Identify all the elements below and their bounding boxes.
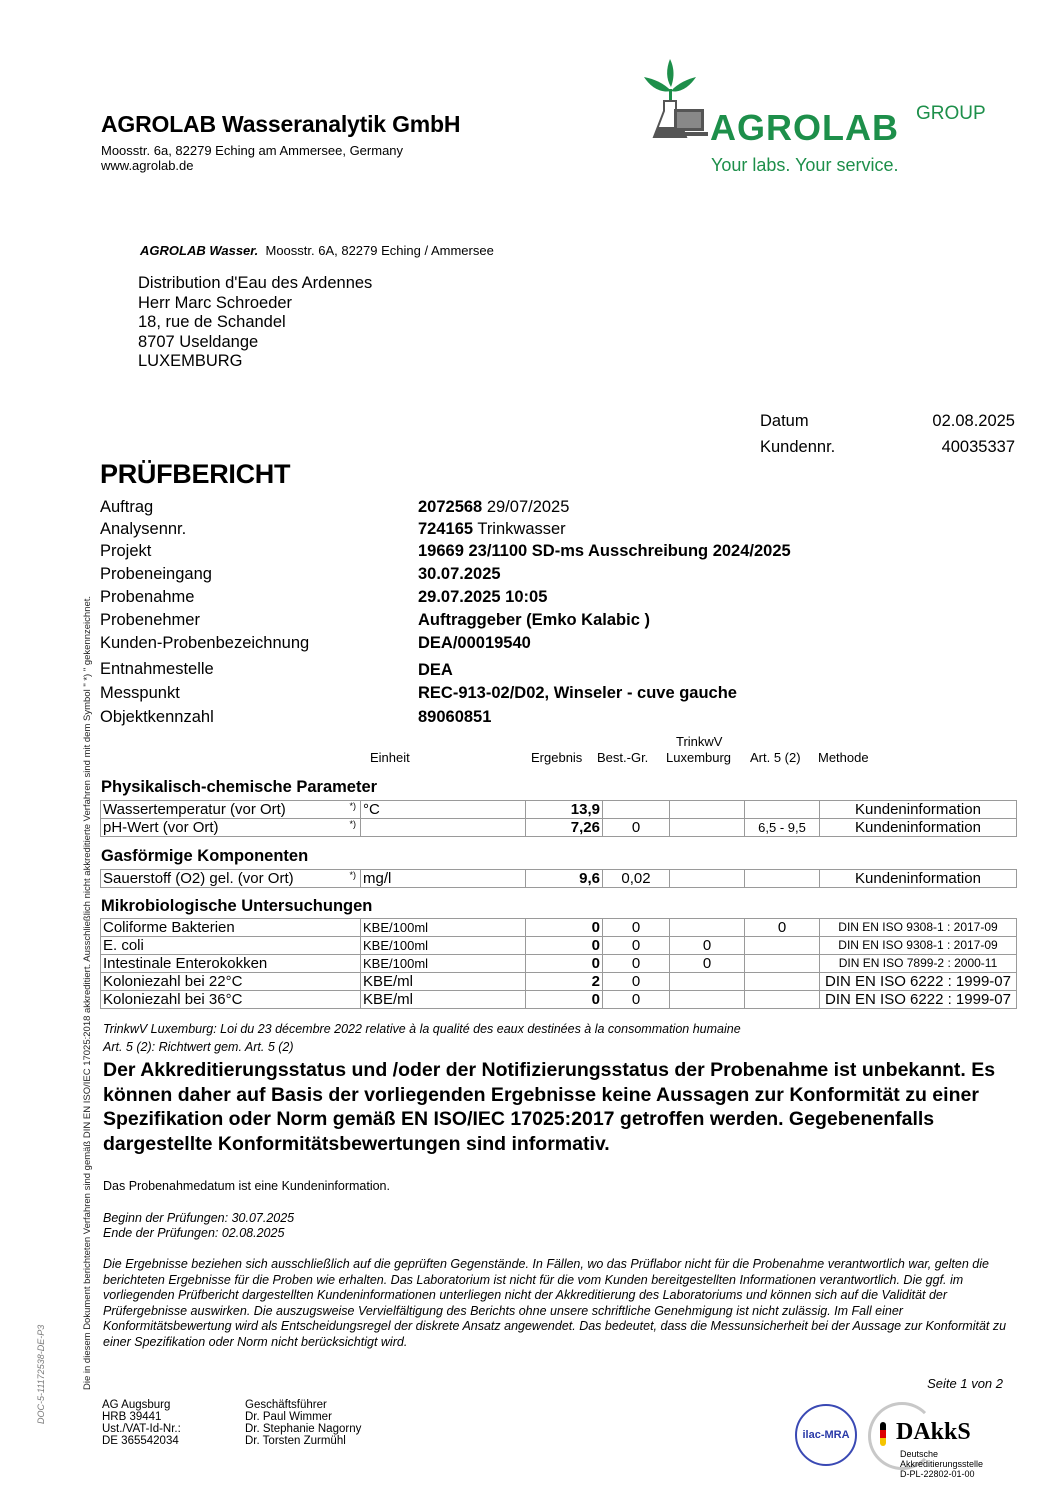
parameter-name: Koloniezahl bei 36°C: [103, 991, 242, 1008]
info-value: 19669 23/1100 SD-ms Ausschreibung 2024/2…: [418, 542, 791, 561]
unit-cell: KBE/ml: [361, 991, 526, 1009]
parameter-cell: Sauerstoff (O2) gel. (vor Ort)*): [101, 870, 361, 888]
method-cell: Kundeninformation: [820, 819, 1017, 837]
detection-limit-cell: 0: [603, 991, 670, 1009]
sampling-date-note: Das Probenahmedatum ist eine Kundeninfor…: [103, 1179, 390, 1193]
art5-guideline-cell: 0: [745, 919, 820, 937]
recipient-line: Distribution d'Eau des Ardennes: [138, 274, 372, 294]
recipient-line: Herr Marc Schroeder: [138, 294, 372, 314]
results-table-gases: Sauerstoff (O2) gel. (vor Ort)*)mg/l9,60…: [100, 869, 1017, 888]
info-label: Entnahmestelle: [100, 660, 214, 679]
unit-cell: °C: [361, 801, 526, 819]
trinkwv-limit-cell: [670, 801, 745, 819]
detection-limit-cell: 0: [603, 819, 670, 837]
table-row: E. coliKBE/100ml000DIN EN ISO 9308-1 : 2…: [101, 937, 1017, 955]
result-cell: 9,6: [526, 870, 603, 888]
result-cell: 0: [526, 919, 603, 937]
test-end: Ende der Prüfungen: 02.08.2025: [103, 1226, 294, 1241]
info-value: DEA: [418, 661, 453, 680]
method-cell: Kundeninformation: [820, 870, 1017, 888]
footer-line: DE 365542034: [102, 1435, 181, 1447]
table-row: pH-Wert (vor Ort)*)7,2606,5 - 9,5Kundeni…: [101, 819, 1017, 837]
table-row: Intestinale EnterokokkenKBE/100ml000DIN …: [101, 955, 1017, 973]
recipient-line: 18, rue de Schandel: [138, 313, 372, 333]
unit-cell: mg/l: [361, 870, 526, 888]
unit-cell: [361, 819, 526, 837]
detection-limit-cell: 0,02: [603, 870, 670, 888]
parameter-name: Wassertemperatur (vor Ort): [103, 801, 286, 818]
result-cell: 7,26: [526, 819, 603, 837]
footnote-art5: Art. 5 (2): Richtwert gem. Art. 5 (2): [103, 1040, 294, 1054]
section-heading: Gasförmige Komponenten: [101, 847, 308, 866]
info-label: Probeneingang: [100, 565, 212, 584]
parameter-name: E. coli: [103, 937, 144, 954]
parameter-cell: Coliforme Bakterien: [101, 919, 361, 937]
trinkwv-limit-cell: [670, 973, 745, 991]
logo-tagline: Your labs. Your service.: [711, 155, 898, 176]
result-cell: 0: [526, 937, 603, 955]
footer-line: Dr. Paul Wimmer: [245, 1411, 361, 1423]
document-id: DOC-5-11172538-DE-P3: [36, 1325, 46, 1424]
dakks-line: Akkreditierungsstelle: [900, 1459, 983, 1469]
date-label: Datum: [760, 412, 809, 431]
info-value-bold: 724165: [418, 520, 473, 538]
parameter-name: Intestinale Enterokokken: [103, 955, 267, 972]
method-cell: DIN EN ISO 7899-2 : 2000-11: [820, 955, 1017, 973]
accreditation-side-note: Die in diesem Dokument berichteten Verfa…: [82, 596, 93, 1390]
info-label: Messpunkt: [100, 684, 180, 703]
info-value: DEA/00019540: [418, 634, 531, 653]
parameter-name: Koloniezahl bei 22°C: [103, 973, 242, 990]
trinkwv-limit-cell: [670, 919, 745, 937]
agrolab-logo: AGROLAB GROUP Your labs. Your service.: [640, 57, 1020, 182]
results-table-microbio: Coliforme BakterienKBE/100ml000DIN EN IS…: [100, 918, 1017, 1009]
table-row: Coliforme BakterienKBE/100ml000DIN EN IS…: [101, 919, 1017, 937]
result-cell: 0: [526, 955, 603, 973]
table-row: Koloniezahl bei 36°CKBE/ml00DIN EN ISO 6…: [101, 991, 1017, 1009]
footer-line: Geschäftsführer: [245, 1399, 361, 1411]
unit-cell: KBE/100ml: [361, 919, 526, 937]
parameter-cell: Wassertemperatur (vor Ort)*): [101, 801, 361, 819]
method-cell: DIN EN ISO 6222 : 1999-07: [820, 973, 1017, 991]
info-value: REC-913-02/D02, Winseler - cuve gauche: [418, 684, 737, 703]
recipient-line: LUXEMBURG: [138, 352, 372, 372]
customer-number-value: 40035337: [942, 438, 1015, 457]
info-value-normal: 29/07/2025: [482, 498, 569, 516]
info-label: Objektkennzahl: [100, 708, 214, 727]
table-row: Koloniezahl bei 22°CKBE/ml20DIN EN ISO 6…: [101, 973, 1017, 991]
info-value: 2072568 29/07/2025: [418, 498, 569, 517]
info-value: Auftraggeber (Emko Kalabic ): [418, 611, 650, 630]
info-value: 30.07.2025: [418, 565, 501, 584]
trinkwv-limit-cell: 0: [670, 937, 745, 955]
parameter-cell: Koloniezahl bei 36°C: [101, 991, 361, 1009]
german-flag-icon: [880, 1422, 886, 1446]
trinkwv-limit-cell: [670, 991, 745, 1009]
results-table-physchem: Wassertemperatur (vor Ort)*)°C13,9Kunden…: [100, 800, 1017, 837]
footer-line: AG Augsburg: [102, 1399, 181, 1411]
company-website: www.agrolab.de: [101, 158, 403, 173]
detection-limit-cell: 0: [603, 955, 670, 973]
info-value: 724165 Trinkwasser: [418, 520, 566, 539]
art5-guideline-cell: [745, 870, 820, 888]
col-header-result: Ergebnis: [531, 750, 582, 765]
info-label: Kunden-Probenbezeichnung: [100, 634, 309, 653]
logo-wordmark: AGROLAB: [710, 107, 899, 149]
info-label: Analysennr.: [100, 520, 186, 539]
parameter-cell: pH-Wert (vor Ort)*): [101, 819, 361, 837]
footer-line: Ust./VAT-Id-Nr.:: [102, 1423, 181, 1435]
dakks-subtitle: Deutsche Akkreditierungsstelle D-PL-2280…: [900, 1449, 983, 1479]
parameter-name: Coliforme Bakterien: [103, 919, 235, 936]
parameter-cell: Koloniezahl bei 22°C: [101, 973, 361, 991]
dakks-line: Deutsche: [900, 1449, 983, 1459]
logo-group: GROUP: [916, 103, 986, 125]
col-header-unit: Einheit: [370, 750, 410, 765]
dakks-line: D-PL-22802-01-00: [900, 1469, 983, 1479]
footer-management: Geschäftsführer Dr. Paul Wimmer Dr. Step…: [245, 1399, 361, 1447]
plant-flask-laptop-icon: [640, 57, 710, 147]
info-label: Probenehmer: [100, 611, 200, 630]
date-value: 02.08.2025: [932, 412, 1015, 431]
company-address: Moosstr. 6a, 82279 Eching am Ammersee, G…: [101, 143, 403, 158]
detection-limit-cell: 0: [603, 937, 670, 955]
section-heading: Mikrobiologische Untersuchungen: [101, 897, 372, 916]
info-label: Projekt: [100, 542, 151, 561]
trinkwv-limit-cell: [670, 819, 745, 837]
art5-guideline-cell: [745, 955, 820, 973]
footer-line: HRB 39441: [102, 1411, 181, 1423]
col-header-bestgr: Best.-Gr.: [597, 750, 648, 765]
ilac-label: ilac-MRA: [802, 1429, 849, 1441]
parameter-cell: E. coli: [101, 937, 361, 955]
info-label: Probenahme: [100, 588, 194, 607]
sender-name: AGROLAB Wasser.: [140, 243, 258, 258]
table-row: Wassertemperatur (vor Ort)*)°C13,9Kunden…: [101, 801, 1017, 819]
footer-registry: AG Augsburg HRB 39441 Ust./VAT-Id-Nr.: D…: [102, 1399, 181, 1447]
unit-cell: KBE/ml: [361, 973, 526, 991]
page-number: Seite 1 von 2: [927, 1376, 1003, 1391]
info-value: 29.07.2025 10:05: [418, 588, 547, 607]
col-header-method: Methode: [818, 750, 869, 765]
sender-address: Moosstr. 6A, 82279 Eching / Ammersee: [265, 243, 493, 258]
disclaimer: Die Ergebnisse beziehen sich ausschließl…: [103, 1257, 1023, 1350]
recipient-address: Distribution d'Eau des Ardennes Herr Mar…: [138, 274, 372, 372]
method-cell: DIN EN ISO 9308-1 : 2017-09: [820, 937, 1017, 955]
accreditation-notice: Der Akkreditierungsstatus und /oder der …: [103, 1058, 1023, 1156]
result-cell: 13,9: [526, 801, 603, 819]
method-cell: Kundeninformation: [820, 801, 1017, 819]
company-name: AGROLAB Wasseranalytik GmbH: [101, 111, 460, 138]
art5-guideline-cell: [745, 937, 820, 955]
footer-line: Dr. Stephanie Nagorny: [245, 1423, 361, 1435]
footer-line: Dr. Torsten Zurmühl: [245, 1435, 361, 1447]
method-cell: DIN EN ISO 9308-1 : 2017-09: [820, 919, 1017, 937]
footnote-trinkwv: TrinkwV Luxemburg: Loi du 23 décembre 20…: [103, 1022, 741, 1036]
table-row: Sauerstoff (O2) gel. (vor Ort)*)mg/l9,60…: [101, 870, 1017, 888]
trinkwv-limit-cell: 0: [670, 955, 745, 973]
result-cell: 0: [526, 991, 603, 1009]
non-accredited-marker: *): [350, 801, 357, 816]
detection-limit-cell: 0: [603, 973, 670, 991]
company-address-block: Moosstr. 6a, 82279 Eching am Ammersee, G…: [101, 143, 403, 173]
unit-cell: KBE/100ml: [361, 955, 526, 973]
report-title: PRÜFBERICHT: [100, 459, 290, 490]
customer-number-label: Kundennr.: [760, 438, 835, 457]
ilac-mra-logo-icon: ilac-MRA: [795, 1404, 857, 1466]
info-value-bold: 2072568: [418, 498, 482, 516]
sender-line: AGROLAB Wasser. Moosstr. 6A, 82279 Echin…: [140, 243, 494, 258]
non-accredited-marker: *): [350, 870, 357, 885]
test-period: Beginn der Prüfungen: 30.07.2025 Ende de…: [103, 1211, 294, 1241]
dakks-wordmark: DAkkS: [896, 1419, 971, 1446]
art5-guideline-cell: 6,5 - 9,5: [745, 819, 820, 837]
col-header-trinkwv: TrinkwV: [676, 734, 722, 749]
info-value: 89060851: [418, 708, 491, 727]
method-cell: DIN EN ISO 6222 : 1999-07: [820, 991, 1017, 1009]
result-cell: 2: [526, 973, 603, 991]
info-value-normal: Trinkwasser: [473, 520, 566, 538]
art5-guideline-cell: [745, 973, 820, 991]
trinkwv-limit-cell: [670, 870, 745, 888]
section-heading: Physikalisch-chemische Parameter: [101, 778, 377, 797]
unit-cell: KBE/100ml: [361, 937, 526, 955]
parameter-name: pH-Wert (vor Ort): [103, 819, 219, 836]
dakks-logo: DAkkS Deutsche Akkreditierungsstelle D-P…: [868, 1402, 1028, 1482]
col-header-art5: Art. 5 (2): [750, 750, 801, 765]
art5-guideline-cell: [745, 991, 820, 1009]
non-accredited-marker: *): [350, 819, 357, 834]
detection-limit-cell: [603, 801, 670, 819]
info-label: Auftrag: [100, 498, 153, 517]
col-header-luxemburg: Luxemburg: [666, 750, 731, 765]
test-begin: Beginn der Prüfungen: 30.07.2025: [103, 1211, 294, 1226]
parameter-cell: Intestinale Enterokokken: [101, 955, 361, 973]
detection-limit-cell: 0: [603, 919, 670, 937]
art5-guideline-cell: [745, 801, 820, 819]
parameter-name: Sauerstoff (O2) gel. (vor Ort): [103, 870, 294, 887]
recipient-line: 8707 Useldange: [138, 333, 372, 353]
